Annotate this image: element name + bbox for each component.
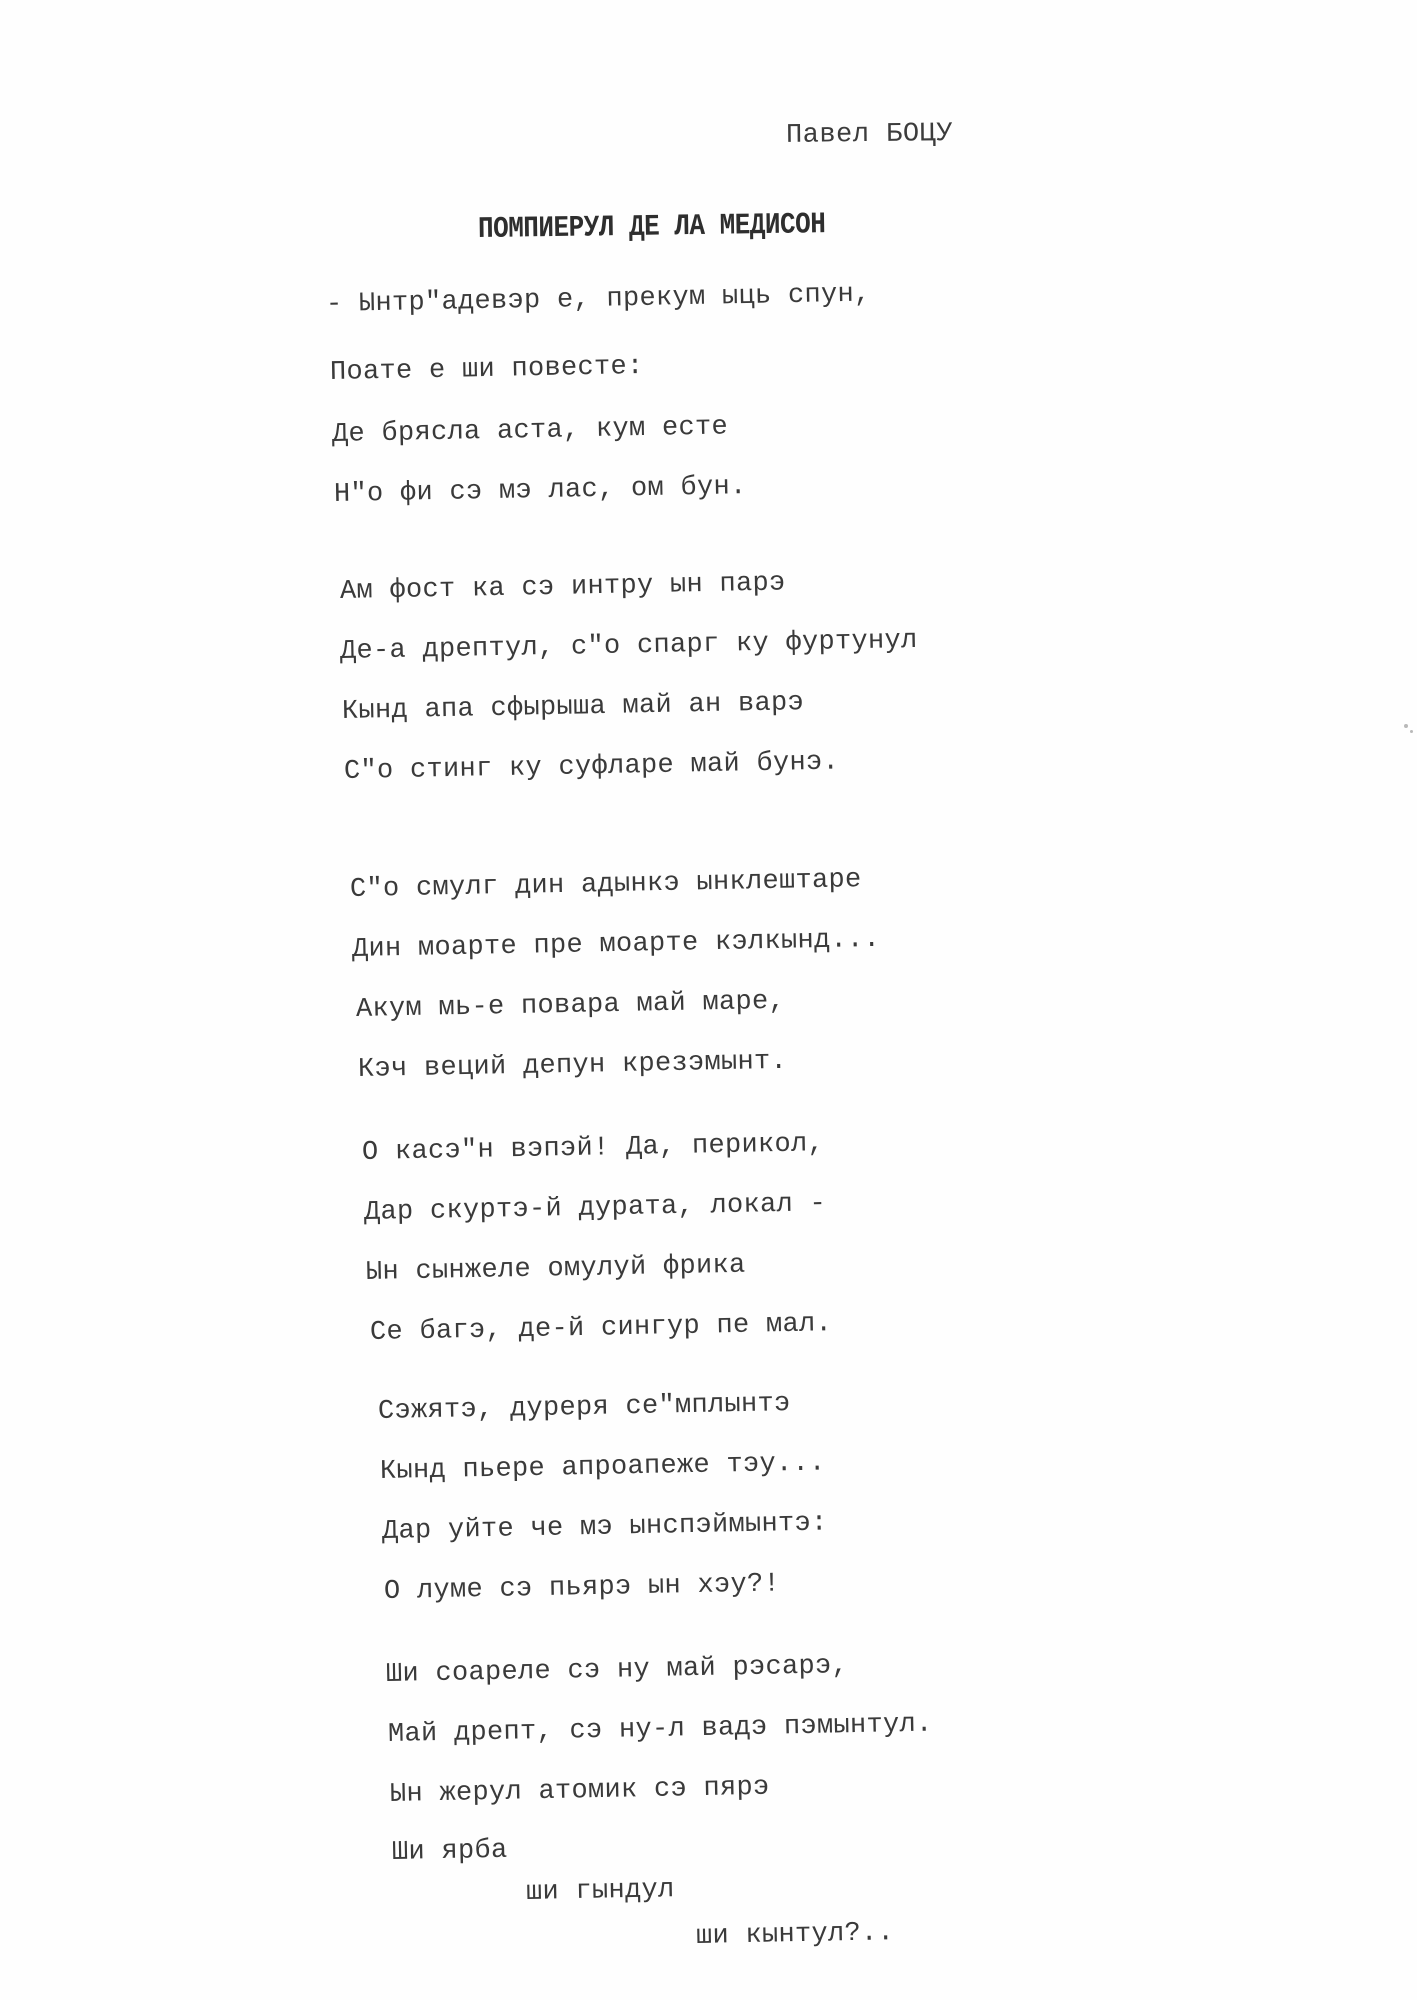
poem-line: Дар скуртэ-й дурата, локал - — [364, 1189, 827, 1228]
scanned-page: Павел БОЦУ ПОМПИЕРУЛ ДЕ ЛА МЕДИСОН - Ынт… — [0, 0, 1417, 2000]
poem-line: Ын жерул атомик сэ пярэ — [390, 1773, 770, 1810]
poem-line: Поате е ши повесте: — [330, 352, 644, 388]
poem-line: Кэч веций депун крезэмынт. — [358, 1047, 788, 1085]
poem-line: Кынд пьере апроапеже тэу... — [380, 1448, 826, 1487]
poem-line: Ын сынжеле омулуй фрика — [366, 1251, 746, 1288]
poem-line: Сэжятэ, дуреря се"мплынтэ — [378, 1389, 791, 1427]
poem-line: ши гындул — [526, 1875, 675, 1908]
poem-line: Ши ярба — [392, 1836, 508, 1868]
scan-speck — [1404, 724, 1408, 728]
poem-line: Кынд апа сфырыша май ан варэ — [342, 688, 805, 727]
poem-line: - Ынтр"адевэр е, прекум ыць спун, — [326, 280, 871, 320]
poem-line: ши кынтул?.. — [696, 1918, 895, 1952]
poem-line: Акум мь-е повара май маре, — [356, 987, 786, 1025]
poem-line: С"о смулг дин адынкэ ынклештаре — [350, 865, 862, 905]
poem-line: Де-а дрептул, с"о спарг ку фуртунул — [340, 626, 918, 667]
poem-title: ПОМПИЕРУЛ ДЕ ЛА МЕДИСОН — [478, 207, 826, 246]
poem-line: Май дрепт, сэ ну-л вадэ пэмынтул. — [388, 1710, 933, 1750]
poem-line: Ши соареле сэ ну май рэсарэ, — [386, 1651, 849, 1690]
poem-line: Дин моарте пре моарте кэлкынд... — [352, 925, 881, 965]
poem-line: Н"о фи сэ мэ лас, ом бун. — [334, 472, 747, 510]
poem-line: О луме сэ пьярэ ын хэу?! — [384, 1569, 781, 1607]
poem-line: С"о стинг ку суфларе май бунэ. — [344, 747, 840, 786]
poem-line: Дар уйте че мэ ынспэймынтэ: — [382, 1508, 828, 1547]
author-name: Павел БОЦУ — [786, 119, 953, 151]
scan-speck — [1410, 730, 1413, 733]
poem-line: Се багэ, де-й сингур пе мал. — [370, 1309, 833, 1348]
poem-line: О касэ"н вэпэй! Да, перикол, — [362, 1129, 825, 1168]
poem-line: Ам фост ка сэ интру ын парэ — [340, 568, 786, 607]
poem-line: Де брясла аста, кум есте — [332, 412, 729, 450]
